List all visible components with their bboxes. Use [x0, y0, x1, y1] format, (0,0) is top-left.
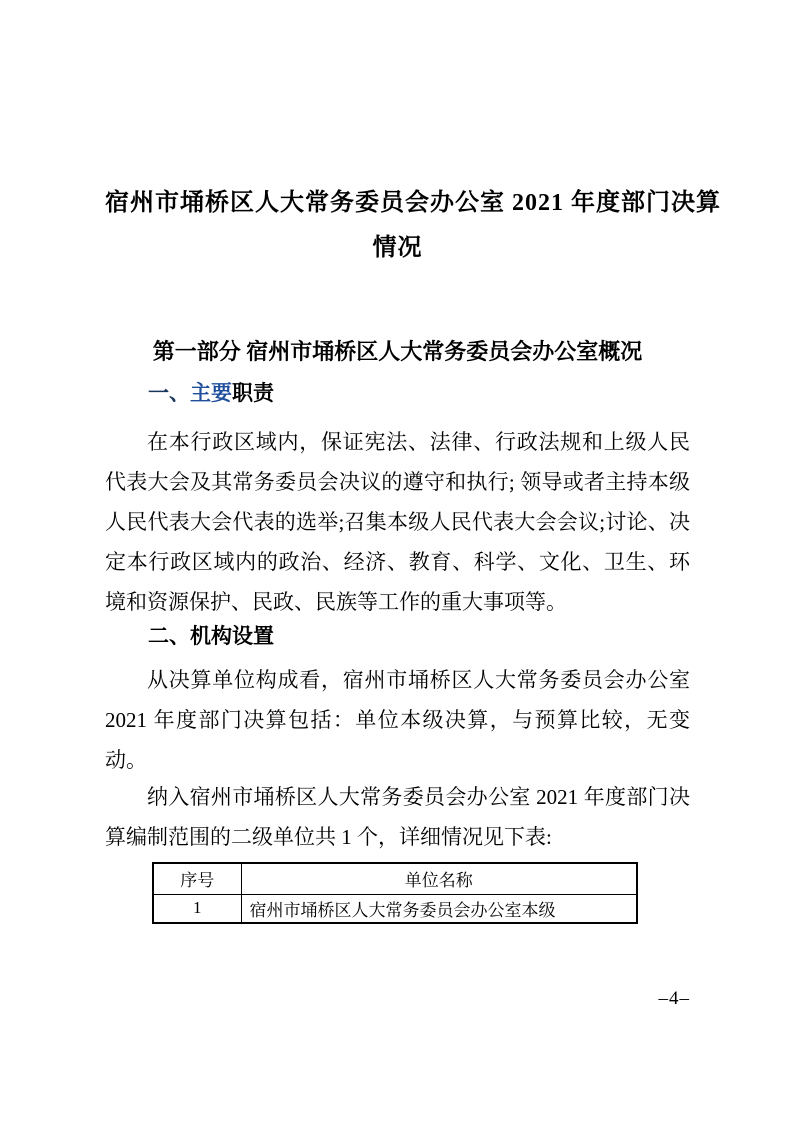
section1-number: 一、 [148, 382, 190, 405]
section2-heading: 二、机构设置 [105, 622, 690, 652]
section1-title-rest: 职责 [232, 382, 274, 405]
document-content: 宿州市埇桥区人大常务委员会办公室 2021 年度部门决算 情况 第一部分 宿州市… [0, 0, 793, 924]
section1-body-paragraph: 在本行政区域内，保证宪法、法律、行政法规和上级人民代表大会及其常务委员会决议的遵… [105, 422, 690, 622]
part1-heading: 第一部分 宿州市埇桥区人大常务委员会办公室概况 [105, 336, 690, 367]
document-title: 宿州市埇桥区人大常务委员会办公室 2021 年度部门决算 情况 [105, 0, 690, 271]
section2-body-paragraph-2: 纳入宿州市埇桥区人大常务委员会办公室 2021 年度部门决算编制范围的二级单位共… [105, 777, 690, 857]
document-title-line2: 情况 [105, 226, 690, 271]
document-title-line1: 宿州市埇桥区人大常务委员会办公室 2021 年度部门决算 [105, 181, 690, 226]
table-row: 1 宿州市埇桥区人大常务委员会办公室本级 [153, 894, 637, 923]
section1-heading: 一、主要职责 [105, 379, 690, 409]
document-page: 宿州市埇桥区人大常务委员会办公室 2021 年度部门决算 情况 第一部分 宿州市… [0, 0, 793, 1122]
subordinate-units-table: 序号 单位名称 1 宿州市埇桥区人大常务委员会办公室本级 [152, 862, 638, 924]
table-cell-unit-name: 宿州市埇桥区人大常务委员会办公室本级 [241, 894, 637, 923]
table-header-row: 序号 单位名称 [153, 863, 637, 894]
section2-body-paragraph-1: 从决算单位构成看，宿州市埇桥区人大常务委员会办公室 2021 年度部门决算包括：… [105, 660, 690, 780]
page-number: –4– [659, 988, 691, 1010]
section1-title-highlight: 主要 [190, 382, 232, 405]
table-cell-index: 1 [153, 894, 241, 923]
table-header-unit-name: 单位名称 [241, 863, 637, 894]
table-header-index: 序号 [153, 863, 241, 894]
